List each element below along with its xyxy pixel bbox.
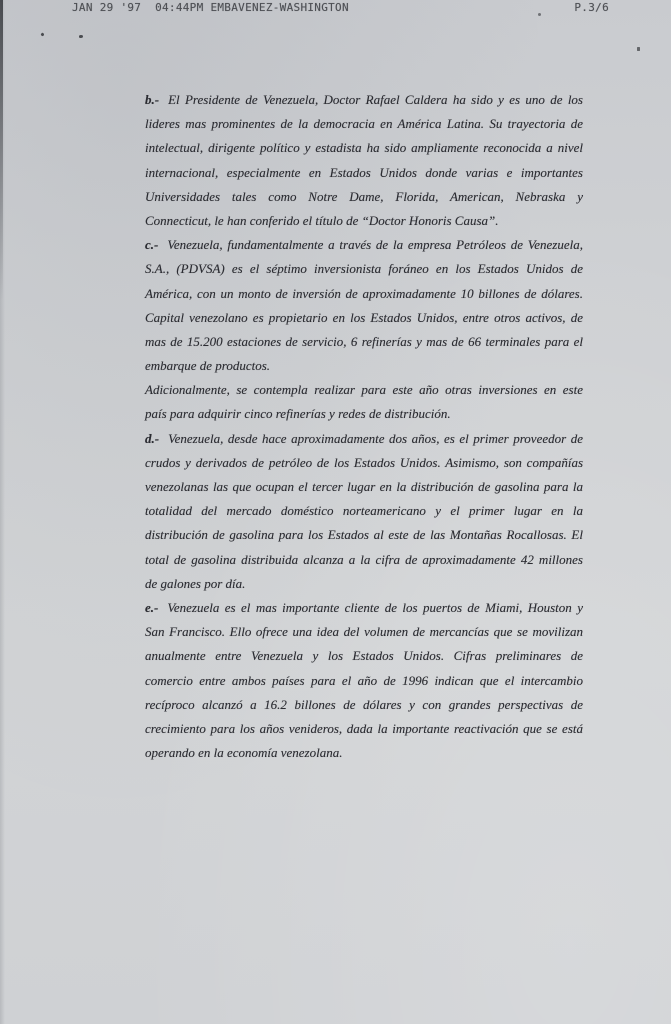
- paragraph-b: b.-El Presidente de Venezuela, Doctor Ra…: [145, 88, 583, 233]
- text-line: e.-Venezuela es el mas importante client…: [145, 596, 583, 620]
- fax-page-number: P.3/6: [574, 1, 609, 14]
- text-line: país para adquirir cinco refinerías y re…: [145, 402, 583, 426]
- text-line: distribución de gasolina para los Estado…: [145, 523, 583, 547]
- text-line: b.-El Presidente de Venezuela, Doctor Ra…: [145, 88, 583, 112]
- ink-speck: [538, 13, 541, 16]
- paragraph-e: e.-Venezuela es el mas importante client…: [145, 596, 583, 765]
- paragraph-label: e.-: [145, 600, 158, 615]
- paragraph-label: d.-: [145, 431, 159, 446]
- fax-page: JAN 29 '97 04:44PM EMBAVENEZ-WASHINGTON …: [0, 0, 671, 1024]
- text-line: América, con un monto de inversión de ap…: [145, 282, 583, 306]
- text-line: Capital venezolano es propietario en los…: [145, 306, 583, 330]
- text-line: mas de 15.200 estaciones de servicio, 6 …: [145, 330, 583, 354]
- text-line: de galones por día.: [145, 572, 583, 596]
- text-line: venezolanas las que ocupan el tercer lug…: [145, 475, 583, 499]
- text-line: San Francisco. Ello ofrece una idea del …: [145, 620, 583, 644]
- text-line: crudos y derivados de petróleo de los Es…: [145, 451, 583, 475]
- text-line: c.-Venezuela, fundamentalmente a través …: [145, 233, 583, 257]
- paragraph-cont-2: Adicionalmente, se contempla realizar pa…: [145, 378, 583, 426]
- text-line: internacional, especialmente en Estados …: [145, 161, 583, 185]
- text-line: Connecticut, le han conferido el título …: [145, 209, 583, 233]
- text-line: anualmente entre Venezuela y los Estados…: [145, 644, 583, 668]
- paragraph-d: d.-Venezuela, desde hace aproximadamente…: [145, 427, 583, 596]
- paragraph-c: c.-Venezuela, fundamentalmente a través …: [145, 233, 583, 378]
- scan-edge-shadow: [0, 0, 5, 1024]
- text-line: crecimiento para los años venideros, dad…: [145, 717, 583, 741]
- text-line: intelectual, dirigente político y estadi…: [145, 136, 583, 160]
- text-line: d.-Venezuela, desde hace aproximadamente…: [145, 427, 583, 451]
- text-line: embarque de productos.: [145, 354, 583, 378]
- text-line: S.A., (PDVSA) es el séptimo inversionist…: [145, 257, 583, 281]
- fax-header: JAN 29 '97 04:44PM EMBAVENEZ-WASHINGTON …: [0, 1, 671, 14]
- text-line: totalidad del mercado doméstico norteame…: [145, 499, 583, 523]
- paragraph-label: c.-: [145, 237, 158, 252]
- text-line: total de gasolina distribuida alcanza a …: [145, 548, 583, 572]
- text-line: lideres mas prominentes de la democracia…: [145, 112, 583, 136]
- ink-speck: [79, 35, 83, 38]
- ink-speck: [637, 47, 640, 51]
- fax-timestamp: JAN 29 '97 04:44PM EMBAVENEZ-WASHINGTON: [72, 1, 349, 14]
- text-line: Universidades tales como Notre Dame, Flo…: [145, 185, 583, 209]
- text-line: operando en la economía venezolana.: [145, 741, 583, 765]
- ink-speck: [40, 32, 44, 36]
- text-line: recíproco alcanzó a 16.2 billones de dól…: [145, 693, 583, 717]
- text-line: Adicionalmente, se contempla realizar pa…: [145, 378, 583, 402]
- paragraph-label: b.-: [145, 92, 159, 107]
- text-line: comercio entre ambos países para el año …: [145, 669, 583, 693]
- document-body: b.-El Presidente de Venezuela, Doctor Ra…: [145, 88, 583, 765]
